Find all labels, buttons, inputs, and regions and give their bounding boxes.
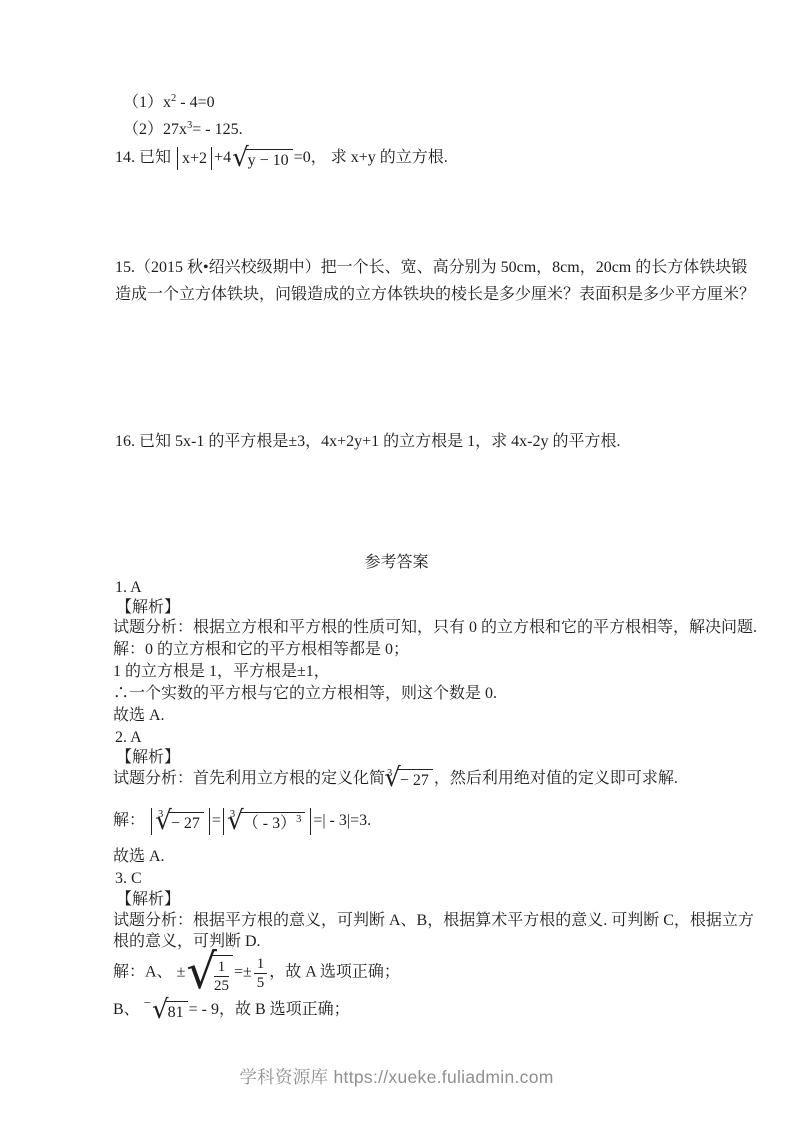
sub1-expression-rest: - 4=0 [176,94,214,111]
problem-13-sub1: （1）x2 - 4=0 [123,92,215,114]
answer-1-conclusion: 故选 A. [113,705,165,727]
cube-root: 3√− 27 [386,768,433,790]
answer-2-solution: 解： 3√− 27=3√（ - 3）3=| - 3|=3. [113,808,371,835]
absolute-value-box: 3√（ - 3）3 [223,808,311,835]
answer-3-analysis-line1: 试题分析：根据平方根的意义，可判断 A、B，根据算术平方根的意义. 可判断 C，… [113,910,754,932]
cube-root: 3√（ - 3）3 [229,811,305,832]
p14-radicand: y − 10 [246,149,293,169]
problem-13-sub2: （2）27x3= - 125. [123,119,243,141]
fraction: 15 [254,956,268,991]
answer-2-head: 2. A [115,727,142,749]
a2-root2-exponent: 3 [296,814,301,825]
problem-14: 14. 已知 x+2+4√y − 10=0， 求 x+y 的立方根. [115,147,448,170]
answer-1-analysis: 试题分析：根据立方根和平方根的性质可知，只有 0 的立方根和它的平方根相等，解决… [113,617,757,639]
a3-radicand-fraction: 125 [212,955,233,994]
a2-root2-radicand: （ - 3）3 [241,812,306,832]
p14-prefix: 14. 已知 [115,149,171,166]
negative-sign: − [144,995,151,1010]
worksheet-page: （1）x2 - 4=0 （2）27x3= - 125. 14. 已知 x+2+4… [0,0,793,1122]
a3-solB-suffix: 故 B 选项正确； [235,1001,350,1018]
sub1-label: （1） [123,94,163,111]
a3-solA-suffix: ，故 A 选项正确； [269,964,400,981]
answer-1-head: 1. A [115,577,142,599]
a3-solA-prefix: 解：A、 [113,964,173,981]
problem-15-line2: 造成一个立方体铁块，问锻造成的立方体铁块的棱长是多少厘米？表面积是多少平方厘米？ [115,284,755,306]
a2-cbrt-radicand: − 27 [398,769,433,789]
answer-2-analysis-tag: 【解析】 [116,747,180,769]
a2-eq2: =| - 3|=3. [313,812,371,829]
sub2-expression-rest: = - 125. [192,121,242,138]
cube-root: 3√− 27 [157,811,204,832]
answers-title: 参考答案 [0,552,793,574]
answer-1-solution-line3: ∴一个实数的平方根与它的立方根相等，则这个数是 0. [113,683,497,705]
fraction-denominator: 5 [254,974,268,991]
answer-2-conclusion: 故选 A. [113,846,165,868]
answer-2-analysis: 试题分析：首先利用立方根的定义化简3√− 27，然后利用绝对值的定义即可求解. [113,768,678,790]
a3-solA-equals: =± [234,964,252,981]
a2-root2-base: （ - 3） [243,815,296,832]
fraction-numerator: 1 [214,959,229,977]
plus-minus-sign: ± [177,964,186,981]
a3-solB-prefix: B、 [113,1001,140,1018]
answer-3-option-b-line: B、 −√81= - 9，故 B 选项正确； [113,992,350,1021]
sub2-expression-base: 27x [163,121,187,138]
a2-eq1: = [212,812,221,829]
p14-suffix: 求 x+y 的立方根. [331,149,448,166]
problem-16: 16. 已知 5x-1 的平方根是±3，4x+2y+1 的立方根是 1，求 4x… [115,431,621,453]
answer-3-head: 3. C [115,868,142,890]
answer-1-solution-line2: 1 的立方根是 1，平方根是±1， [113,661,330,683]
answer-1-solution-line1: 解：0 的立方根和它的平方根相等都是 0； [113,639,409,661]
a2-analysis-suffix: ，然后利用绝对值的定义即可求解. [434,770,678,787]
root-index: 3 [158,806,163,823]
square-root: √125 [186,952,233,994]
root-index: 3 [230,806,235,823]
a2-root1-radicand: − 27 [169,812,204,832]
absolute-value-box: 3√− 27 [151,808,210,835]
root-index: 3 [387,763,392,785]
square-root: √y − 10 [232,148,293,169]
p14-abs-content: x+2 [182,150,207,167]
answer-1-analysis-tag: 【解析】 [116,597,180,619]
answer-3-analysis-tag: 【解析】 [116,889,180,911]
a3-solB-radicand: 81 [166,1001,188,1021]
answer-3-option-a-line: 解：A、 ±√125=±15，故 A 选项正确； [113,952,400,994]
p14-equals: =0， [294,149,327,166]
sub2-label: （2） [123,121,163,138]
a3-solB-equals: = - 9， [189,1001,235,1018]
site-watermark: 学科资源库 https://xueke.fuliadmin.com [0,1066,793,1088]
fraction: 125 [214,959,229,994]
a2-sol-prefix: 解： [113,812,145,829]
absolute-value-box: x+2 [177,147,212,170]
problem-15-line1: 15.（2015 秋•绍兴校级期中）把一个长、宽、高分别为 50cm，8cm，2… [115,257,747,279]
a2-analysis-prefix: 试题分析：首先利用立方根的定义化简 [113,770,385,787]
fraction-numerator: 1 [254,956,268,974]
square-root: √81 [152,1000,188,1021]
sub1-expression-base: x [163,94,171,111]
p14-mid: +4 [214,149,231,166]
